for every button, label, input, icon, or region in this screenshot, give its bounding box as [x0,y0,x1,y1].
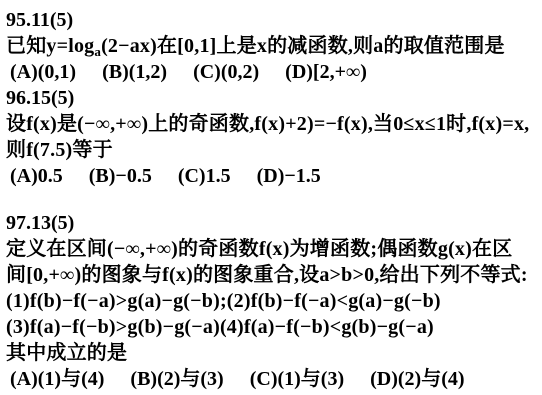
question-body-line: 定义在区间(−∞,+∞)的奇函数f(x)为增函数;偶函数g(x)在区 [6,236,538,262]
options-row: (A)(0,1) (B)(1,2) (C)(0,2) (D)[2,+∞) [6,59,538,85]
option-d: (D)(2)与(4) [370,366,464,392]
question-prompt: 其中成立的是 [6,340,538,366]
question-95: 95.11(5) 已知y=loga(2−ax)在[0,1]上是x的减函数,则a的… [6,7,538,85]
inequality-line: (3)f(a)−f(−b)>g(b)−g(−a)(4)f(a)−f(−b)<g(… [6,314,538,340]
options-row: (A)0.5 (B)−0.5 (C)1.5 (D)−1.5 [6,163,538,189]
question-97: 97.13(5) 定义在区间(−∞,+∞)的奇函数f(x)为增函数;偶函数g(x… [6,210,538,392]
question-body-line: 设f(x)是(−∞,+∞)上的奇函数,f(x)+2)=−f(x),当0≤x≤1时… [6,111,538,137]
document-page: 95.11(5) 已知y=loga(2−ax)在[0,1]上是x的减函数,则a的… [0,0,542,395]
option-b: (B)(1,2) [102,59,167,85]
question-number: 95.11(5) [6,7,538,33]
options-row: (A)(1)与(4) (B)(2)与(3) (C)(1)与(3) (D)(2)与… [6,366,538,392]
option-d: (D)−1.5 [257,163,321,189]
option-c: (C)1.5 [178,163,231,189]
option-a: (A)(0,1) [10,59,76,85]
option-c: (C)(1)与(3) [250,366,344,392]
body-text-prefix: 已知y=log [6,35,94,57]
question-number: 97.13(5) [6,210,538,236]
inequality-line: (1)f(b)−f(−a)>g(a)−g(−b);(2)f(b)−f(−a)<g… [6,288,538,314]
option-a: (A)(1)与(4) [10,366,104,392]
option-b: (B)−0.5 [89,163,152,189]
option-a: (A)0.5 [10,163,63,189]
question-number: 96.15(5) [6,85,538,111]
option-d: (D)[2,+∞) [285,59,367,85]
option-c: (C)(0,2) [193,59,259,85]
option-b: (B)(2)与(3) [130,366,223,392]
question-body: 已知y=loga(2−ax)在[0,1]上是x的减函数,则a的取值范围是 [6,33,538,59]
question-body-line: 则f(7.5)等于 [6,137,538,163]
question-body-line: 间[0,+∞)的图象与f(x)的图象重合,设a>b>0,给出下列不等式: [6,262,538,288]
question-96: 96.15(5) 设f(x)是(−∞,+∞)上的奇函数,f(x)+2)=−f(x… [6,85,538,189]
body-text-suffix: (2−ax)在[0,1]上是x的减函数,则a的取值范围是 [101,35,505,57]
